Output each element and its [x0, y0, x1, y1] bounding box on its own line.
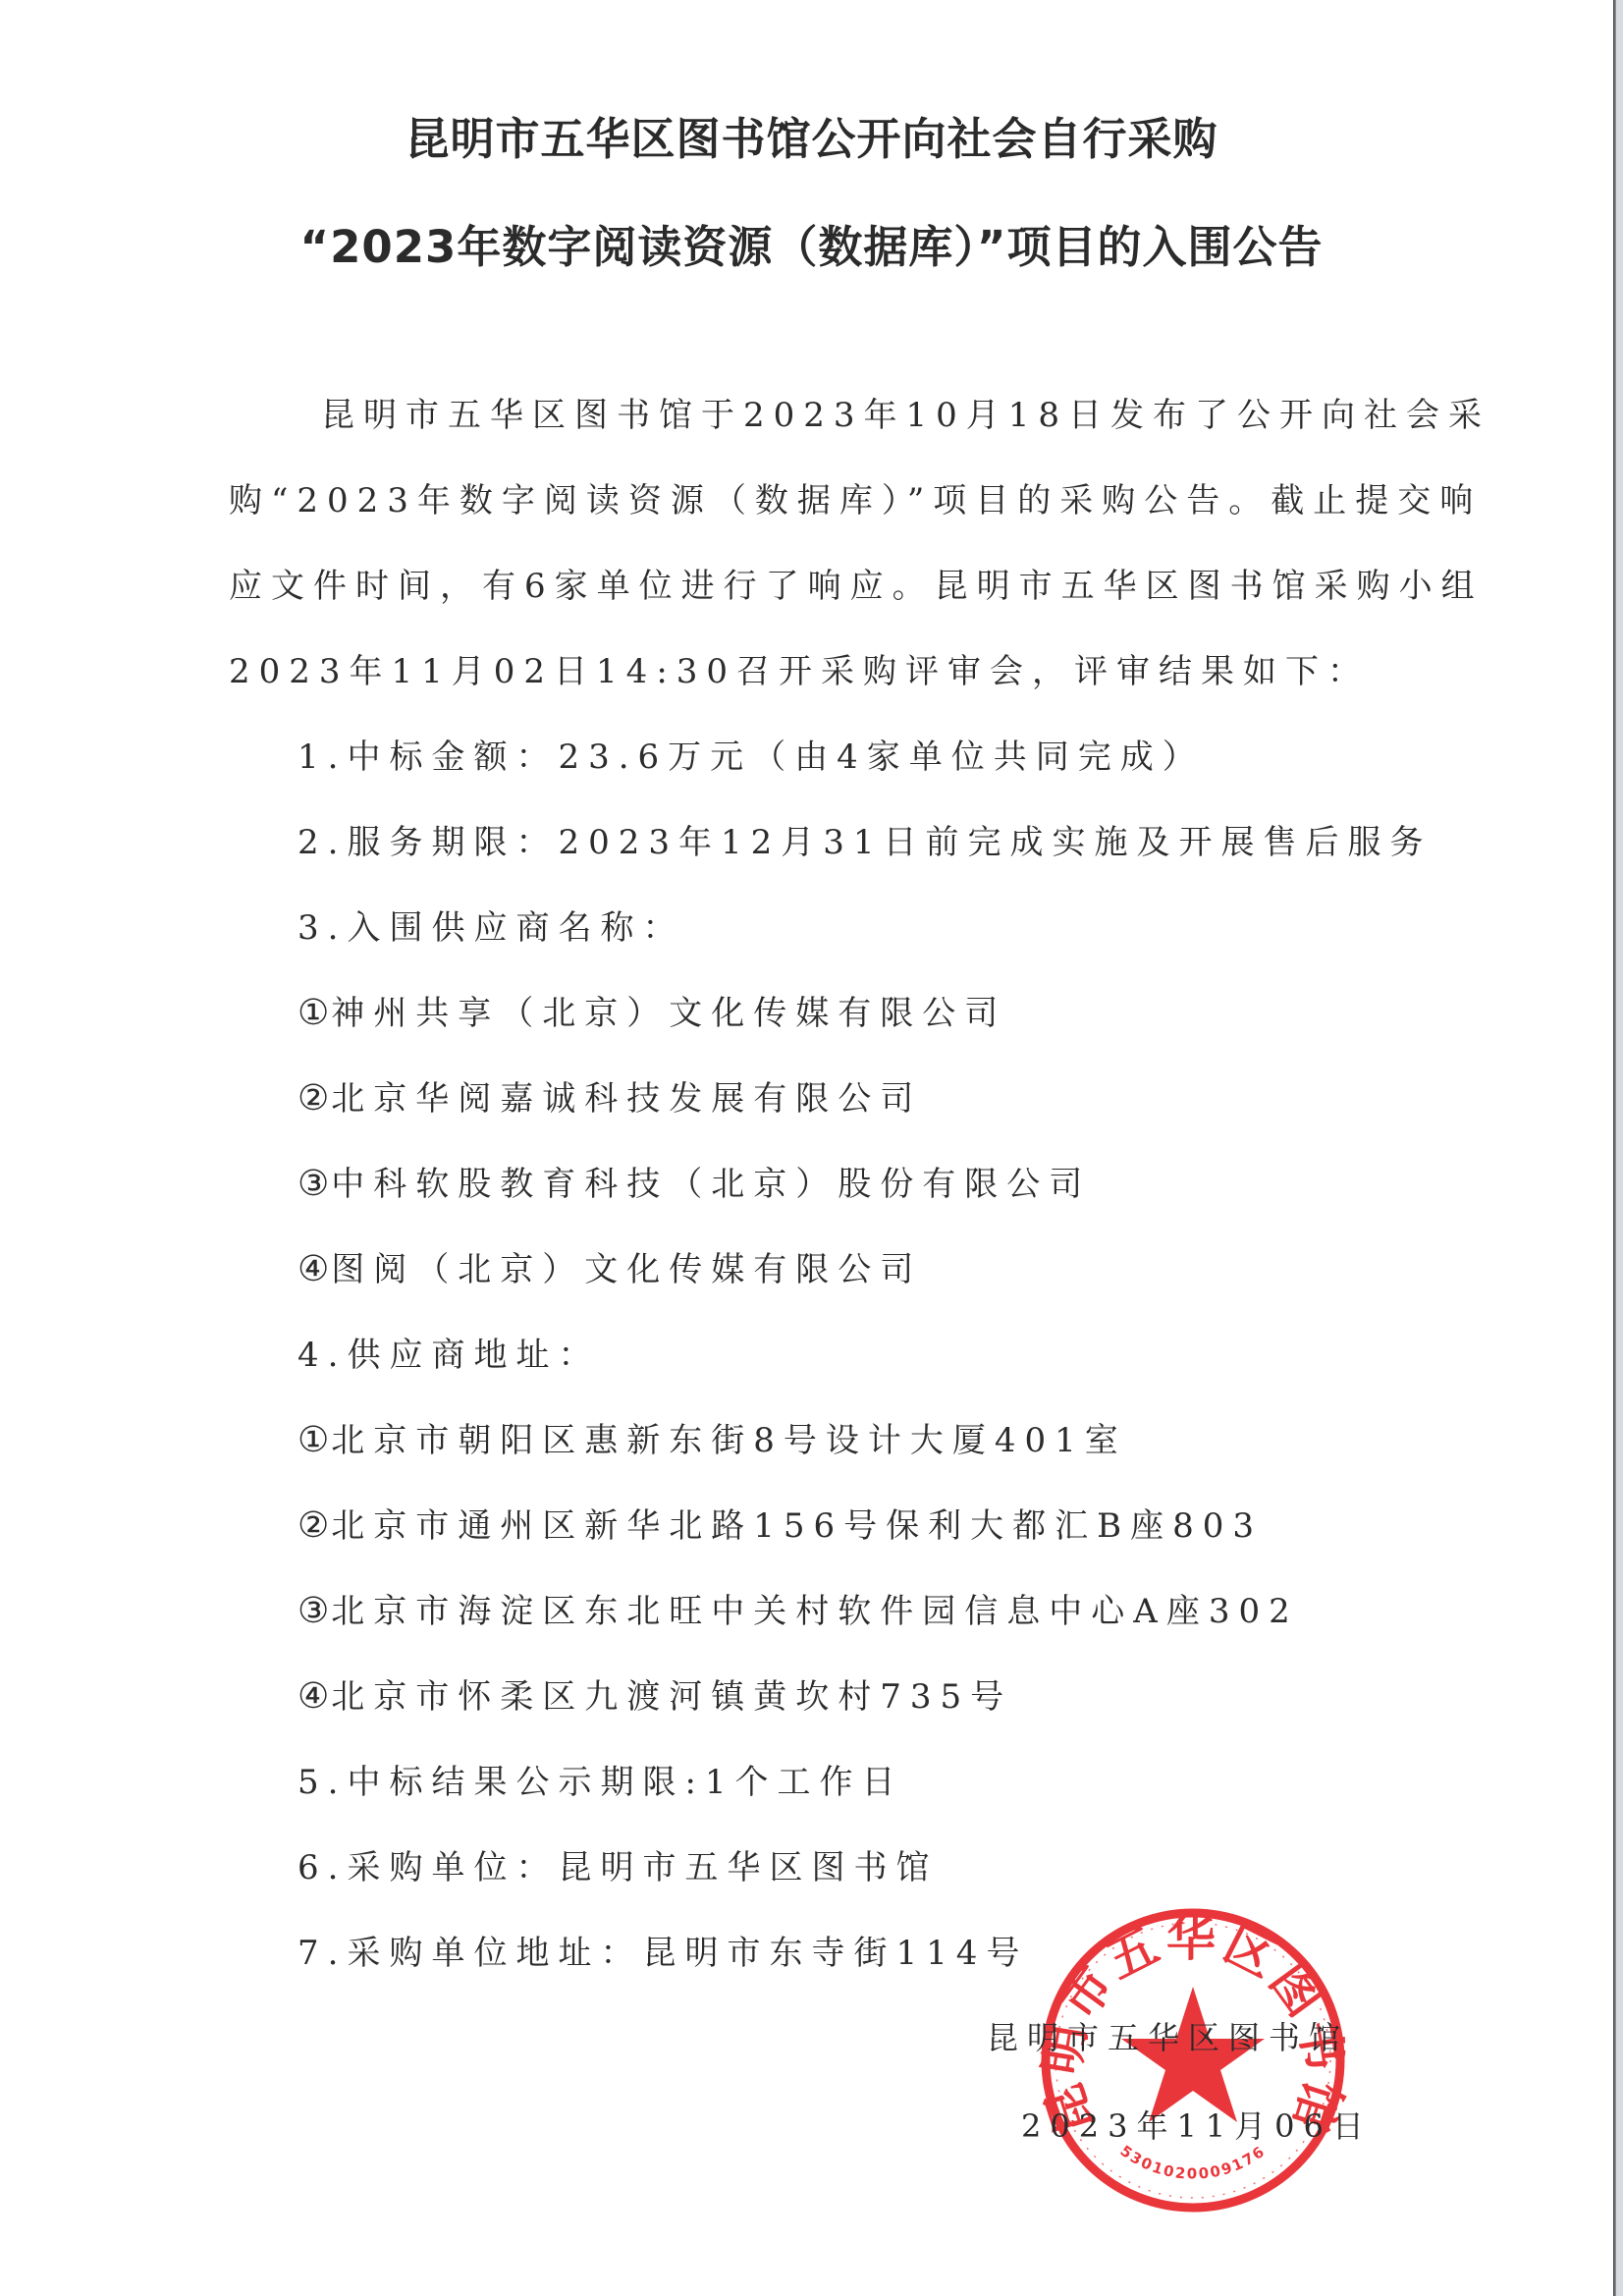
supplier-address: 北京市海淀区东北旺中关村软件园信息中心A座302	[331, 1592, 1298, 1631]
supplier-name: 北京华阅嘉诚科技发展有限公司	[331, 1079, 922, 1119]
address-item: ①北京市朝阳区惠新东街8号设计大厦401室	[298, 1413, 1127, 1461]
supplier-name: 神州共享（北京）文化传媒有限公司	[331, 994, 1006, 1033]
official-seal-stamp: 昆明市五华区图书馆 5301020009176	[1036, 1903, 1350, 2217]
intro-line-1: 昆明市五华区图书馆于2023年10月18日发布了公开向社会采	[321, 388, 1490, 436]
item-purchaser: 6.采购单位：昆明市五华区图书馆	[298, 1840, 938, 1888]
svg-text:5301020009176: 5301020009176	[1117, 2142, 1270, 2183]
supplier-item: ②北京华阅嘉诚科技发展有限公司	[298, 1071, 922, 1120]
circled-number-2: ②	[298, 1505, 329, 1546]
circled-number-3: ③	[298, 1164, 329, 1204]
supplier-item: ①神州共享（北京）文化传媒有限公司	[298, 986, 1006, 1034]
document-title-line-1: 昆明市五华区图书馆公开向社会自行采购	[0, 103, 1623, 167]
document-title-line-2: “2023年数字阅读资源（数据库）”项目的入围公告	[0, 211, 1623, 275]
item-service-period: 2.服务期限：2023年12月31日前完成实施及开展售后服务	[298, 815, 1433, 863]
circled-number-4: ④	[298, 1676, 329, 1717]
circled-number-1: ①	[298, 1420, 329, 1460]
seal-code: 5301020009176	[1117, 2142, 1270, 2183]
circled-number-1: ①	[298, 993, 329, 1033]
intro-line-2: 购“2023年数字阅读资源（数据库）”项目的采购公告。截止提交响	[229, 473, 1482, 521]
item-publicity-period: 5.中标结果公示期限:1个工作日	[298, 1755, 904, 1803]
supplier-name: 中科软股教育科技（北京）股份有限公司	[331, 1165, 1091, 1204]
circled-number-2: ②	[298, 1078, 329, 1119]
circled-number-3: ③	[298, 1591, 329, 1631]
supplier-name: 图阅（北京）文化传媒有限公司	[331, 1250, 922, 1289]
supplier-address: 北京市怀柔区九渡河镇黄坎村735号	[331, 1677, 1012, 1717]
intro-line-3: 应文件时间，有6家单位进行了响应。昆明市五华区图书馆采购小组	[229, 559, 1484, 607]
address-item: ②北京市通州区新华北路156号保利大都汇B座803	[298, 1499, 1263, 1547]
circled-number-4: ④	[298, 1249, 329, 1289]
item-addresses-heading: 4.供应商地址：	[298, 1328, 600, 1376]
item-purchaser-address: 7.采购单位地址：昆明市东寺街114号	[298, 1926, 1028, 1974]
item-suppliers-heading: 3.入围供应商名称：	[298, 901, 684, 949]
scan-edge-shadow	[1616, 0, 1623, 2296]
supplier-address: 北京市朝阳区惠新东街8号设计大厦401室	[331, 1421, 1127, 1460]
signature-organization: 昆明市五华区图书馆	[987, 2013, 1349, 2058]
intro-line-4: 2023年11月02日14:30召开采购评审会，评审结果如下：	[229, 644, 1370, 692]
signature-date: 2023年11月06日	[1021, 2102, 1373, 2147]
address-item: ③北京市海淀区东北旺中关村软件园信息中心A座302	[298, 1584, 1299, 1632]
address-item: ④北京市怀柔区九渡河镇黄坎村735号	[298, 1669, 1012, 1718]
item-award-amount: 1.中标金额：23.6万元（由4家单位共同完成）	[298, 730, 1205, 778]
supplier-item: ④图阅（北京）文化传媒有限公司	[298, 1242, 922, 1290]
supplier-item: ③中科软股教育科技（北京）股份有限公司	[298, 1157, 1091, 1205]
supplier-address: 北京市通州区新华北路156号保利大都汇B座803	[331, 1506, 1263, 1546]
